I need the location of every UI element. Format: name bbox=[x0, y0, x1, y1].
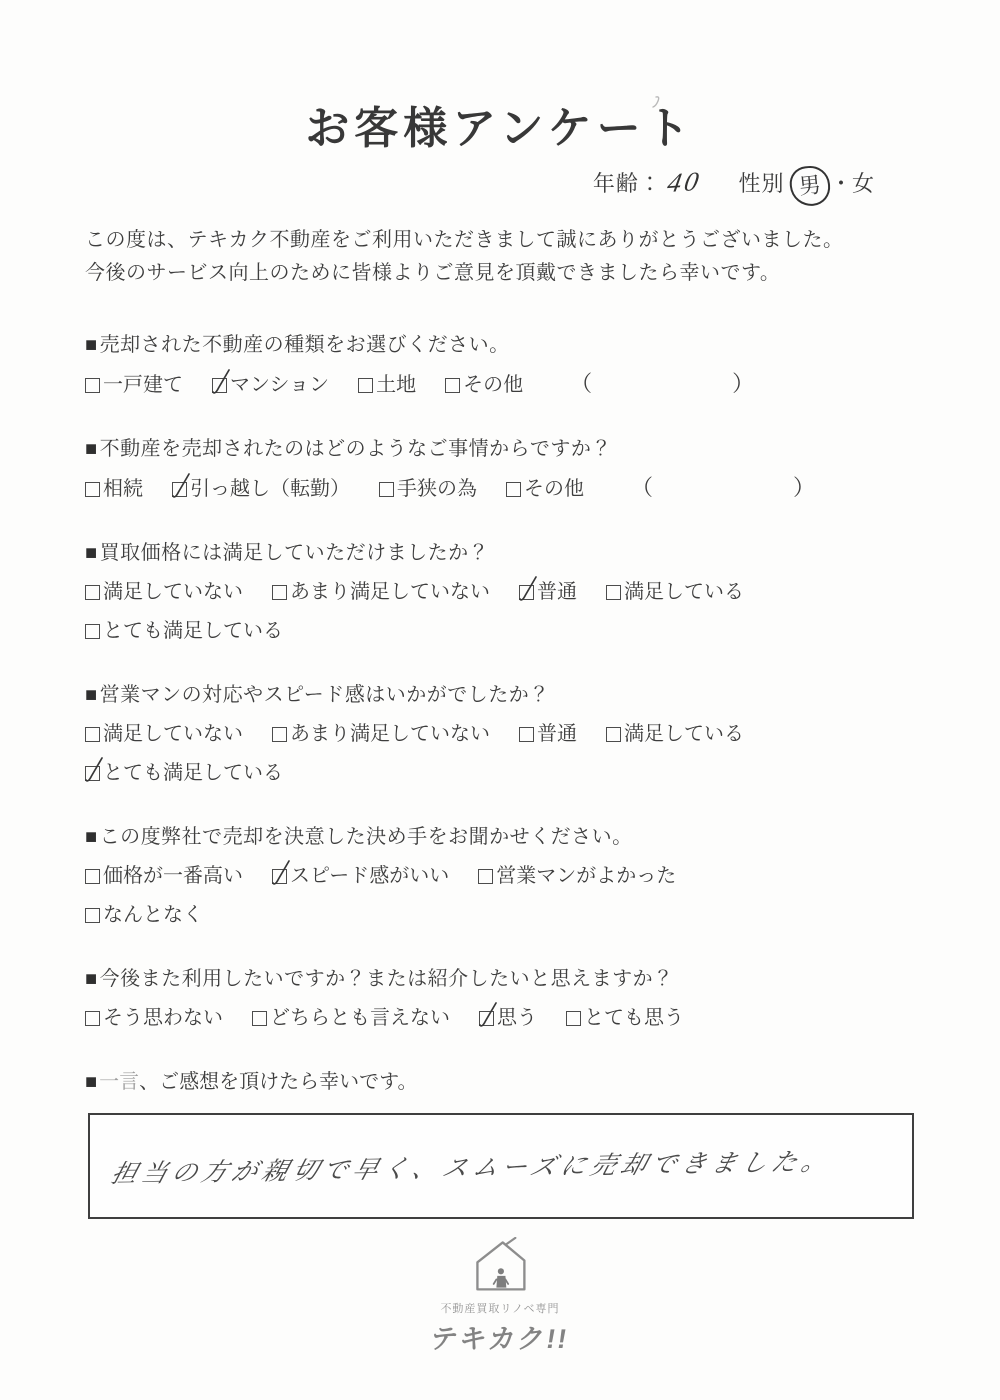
checkbox-unchecked bbox=[85, 727, 100, 742]
option-label: 満足している bbox=[624, 577, 744, 607]
checkbox-option[interactable]: 満足している bbox=[606, 719, 744, 749]
handwritten-comment: 担当の方が親切で早く、スムーズに売却できました。 bbox=[107, 1142, 837, 1191]
checkbox-unchecked bbox=[272, 727, 287, 742]
bullet-square-icon: ■ bbox=[85, 538, 98, 568]
options-row: 一戸建てマンション土地その他（） bbox=[85, 369, 930, 400]
checkbox-option[interactable]: 引っ越し（転勤） bbox=[172, 474, 350, 504]
page-title: お客様アンケート bbox=[305, 92, 694, 156]
checkbox-option[interactable]: その他 bbox=[506, 474, 584, 504]
question-heading-text: 売却された不動産の種類をお選びください。 bbox=[100, 330, 510, 360]
checkbox-option[interactable]: あまり満足していない bbox=[272, 719, 490, 749]
option-label: 価格が一番高い bbox=[103, 861, 243, 891]
options-row: とても満足している bbox=[85, 758, 930, 788]
question-block-1: ■売却された不動産の種類をお選びください。一戸建てマンション土地その他（） bbox=[85, 330, 930, 400]
comment-heading: ■ 一言、ご感想を頂けたら幸いです。 bbox=[85, 1067, 930, 1097]
question-heading-text: 不動産を売却されたのはどのようなご事情からですか？ bbox=[100, 434, 612, 464]
fill-in-blank[interactable]: （） bbox=[631, 473, 815, 503]
question-heading: ■この度弊社で売却を決意した決め手をお聞かせください。 bbox=[85, 822, 930, 852]
option-label: あまり満足していない bbox=[290, 577, 490, 607]
checkbox-option[interactable]: どちらとも言えない bbox=[252, 1003, 450, 1033]
checkbox-option[interactable]: 相続 bbox=[85, 474, 143, 504]
checkbox-option[interactable]: あまり満足していない bbox=[272, 577, 490, 607]
comment-section: ■ 一言、ご感想を頂けたら幸いです。 担当の方が親切で早く、スムーズに売却できま… bbox=[85, 1067, 930, 1219]
question-heading: ■今後また利用したいですか？または紹介したいと思えますか？ bbox=[85, 964, 930, 994]
gender-female-option[interactable]: 女 bbox=[852, 171, 874, 196]
option-label: 思う bbox=[497, 1003, 537, 1033]
checkbox-option[interactable]: 普通 bbox=[519, 577, 577, 607]
checkbox-checked bbox=[85, 766, 100, 781]
question-heading-text: この度弊社で売却を決意した決め手をお聞かせください。 bbox=[100, 822, 633, 852]
bullet-square-icon: ■ bbox=[85, 680, 98, 710]
checkbox-unchecked bbox=[252, 1011, 267, 1026]
options-row: とても満足している bbox=[85, 616, 930, 646]
checkbox-unchecked bbox=[606, 585, 621, 600]
comment-heading-text: 、ご感想を頂けたら幸いです。 bbox=[139, 1071, 417, 1093]
question-block-5: ■この度弊社で売却を決意した決め手をお聞かせください。価格が一番高いスピード感が… bbox=[85, 822, 930, 930]
options-row: 満足していないあまり満足していない普通満足している bbox=[85, 577, 930, 607]
question-heading-text: 買取価格には満足していただけましたか？ bbox=[100, 538, 490, 568]
question-heading: ■買取価格には満足していただけましたか？ bbox=[85, 538, 930, 568]
checkbox-unchecked bbox=[379, 482, 394, 497]
age-gender-row: 年齢：40 性別 男・女 bbox=[0, 164, 1000, 204]
fill-in-blank[interactable]: （） bbox=[570, 369, 754, 399]
bullet-square-icon: ■ bbox=[85, 822, 98, 852]
checkbox-option[interactable]: 満足している bbox=[606, 577, 744, 607]
checkbox-option[interactable]: 営業マンがよかった bbox=[478, 861, 676, 891]
checkbox-option[interactable]: とても思う bbox=[566, 1003, 684, 1033]
options-row: 価格が一番高いスピード感がいい営業マンがよかった bbox=[85, 861, 930, 891]
checkbox-unchecked bbox=[85, 378, 100, 393]
handwritten-check-icon bbox=[517, 574, 539, 604]
gender-separator: ・ bbox=[830, 171, 852, 196]
option-label: 普通 bbox=[537, 719, 577, 749]
checkbox-unchecked bbox=[85, 624, 100, 639]
option-label: とても思う bbox=[584, 1003, 684, 1033]
gender-label: 性別 bbox=[738, 171, 784, 196]
checkbox-option[interactable]: スピード感がいい bbox=[272, 861, 449, 891]
paren-open: （ bbox=[631, 473, 653, 503]
option-label: 土地 bbox=[376, 370, 416, 400]
checkbox-unchecked bbox=[445, 378, 460, 393]
intro-paragraph-2: 今後のサービス向上のために皆様よりご意見を頂戴できましたら幸いです。 bbox=[85, 257, 915, 290]
question-heading-text: 営業マンの対応やスピード感はいかがでしたか？ bbox=[100, 680, 550, 710]
checkbox-checked bbox=[479, 1011, 494, 1026]
comment-box[interactable]: 担当の方が親切で早く、スムーズに売却できました。 bbox=[88, 1113, 914, 1219]
checkbox-option[interactable]: 一戸建て bbox=[85, 370, 183, 400]
checkbox-option[interactable]: 普通 bbox=[519, 719, 577, 749]
checkbox-checked bbox=[212, 378, 227, 393]
checkbox-option[interactable]: そう思わない bbox=[85, 1003, 223, 1033]
checkbox-option[interactable]: 手狭の為 bbox=[379, 474, 477, 504]
company-logo: 不動産買取リノベ専門 テキカク!! bbox=[0, 1237, 1000, 1356]
options-row: そう思わないどちらとも言えない思うとても思う bbox=[85, 1003, 930, 1033]
logo-tagline: 不動産買取リノベ専門 bbox=[0, 1300, 1000, 1316]
checkbox-option[interactable]: 価格が一番高い bbox=[85, 861, 243, 891]
bullet-square-icon: ■ bbox=[85, 964, 98, 994]
intro-paragraph-1: この度は、テキカク不動産をご利用いただきまして誠にありがとうございました。 bbox=[85, 224, 915, 257]
question-heading: ■不動産を売却されたのはどのようなご事情からですか？ bbox=[85, 434, 930, 464]
paren-close: ） bbox=[793, 473, 815, 503]
checkbox-option[interactable]: 満足していない bbox=[85, 577, 243, 607]
option-label: その他 bbox=[524, 474, 584, 504]
checkbox-option[interactable]: 土地 bbox=[358, 370, 416, 400]
handwritten-check-icon bbox=[83, 755, 105, 785]
age-value-handwritten[interactable]: 40 bbox=[665, 166, 704, 199]
survey-page: お客様アンケート 年齢：40 性別 男・女 この度は、テキカク不動産をご利用いた… bbox=[0, 0, 1000, 1400]
option-label: とても満足している bbox=[103, 616, 283, 646]
checkbox-checked bbox=[519, 585, 534, 600]
bullet-square-icon: ■ bbox=[85, 1067, 97, 1097]
handwritten-check-icon bbox=[170, 471, 192, 501]
option-label: 普通 bbox=[537, 577, 577, 607]
handwritten-check-icon bbox=[270, 858, 292, 888]
option-label: そう思わない bbox=[103, 1003, 223, 1033]
checkbox-option[interactable]: その他 bbox=[445, 370, 523, 400]
age-label: 年齢： bbox=[593, 171, 662, 196]
options-row: 満足していないあまり満足していない普通満足している bbox=[85, 719, 930, 749]
question-block-6: ■今後また利用したいですか？または紹介したいと思えますか？そう思わないどちらとも… bbox=[85, 964, 930, 1033]
checkbox-unchecked bbox=[566, 1011, 581, 1026]
handwritten-check-icon bbox=[477, 1000, 499, 1030]
option-label: 引っ越し（転勤） bbox=[190, 474, 350, 504]
option-label: 満足している bbox=[624, 719, 744, 749]
checkbox-unchecked bbox=[519, 727, 534, 742]
option-label: スピード感がいい bbox=[290, 861, 449, 891]
option-label: あまり満足していない bbox=[290, 719, 490, 749]
question-heading: ■売却された不動産の種類をお選びください。 bbox=[85, 330, 930, 360]
question-block-4: ■営業マンの対応やスピード感はいかがでしたか？満足していないあまり満足していない… bbox=[85, 680, 930, 788]
option-label: とても満足している bbox=[103, 758, 283, 788]
checkbox-unchecked bbox=[358, 378, 373, 393]
question-block-3: ■買取価格には満足していただけましたか？満足していないあまり満足していない普通満… bbox=[85, 538, 930, 646]
checkbox-unchecked bbox=[85, 869, 100, 884]
checkbox-unchecked bbox=[85, 908, 100, 923]
comment-heading-faded: 一言 bbox=[99, 1071, 139, 1093]
logo-name: テキカク!! bbox=[428, 1317, 572, 1356]
option-label: 満足していない bbox=[103, 577, 243, 607]
paren-open: （ bbox=[570, 369, 592, 399]
checkbox-option[interactable]: とても満足している bbox=[85, 758, 283, 788]
option-label: 満足していない bbox=[103, 719, 243, 749]
option-label: 一戸建て bbox=[103, 370, 183, 400]
option-label: 手狭の為 bbox=[397, 474, 477, 504]
checkbox-checked bbox=[172, 482, 187, 497]
checkbox-unchecked bbox=[85, 585, 100, 600]
checkbox-unchecked bbox=[272, 585, 287, 600]
title-row: お客様アンケート bbox=[0, 92, 1000, 156]
checkbox-option[interactable]: 思う bbox=[479, 1003, 537, 1033]
checkbox-option[interactable]: マンション bbox=[212, 370, 329, 400]
question-heading-text: 今後また利用したいですか？または紹介したいと思えますか？ bbox=[100, 964, 674, 994]
checkbox-unchecked bbox=[478, 869, 493, 884]
questions: ■売却された不動産の種類をお選びください。一戸建てマンション土地その他（）■不動… bbox=[0, 330, 1000, 1033]
checkbox-option[interactable]: なんとなく bbox=[85, 900, 203, 930]
checkbox-unchecked bbox=[85, 1011, 100, 1026]
house-logo-icon bbox=[450, 1237, 550, 1293]
paren-close: ） bbox=[732, 369, 754, 399]
checkbox-option[interactable]: 満足していない bbox=[85, 719, 243, 749]
options-row: なんとなく bbox=[85, 900, 930, 930]
gender-male-label: 男 bbox=[798, 172, 823, 199]
option-label: 相続 bbox=[103, 474, 143, 504]
gender-male-option-circled[interactable]: 男 bbox=[788, 164, 832, 208]
option-label: 営業マンがよかった bbox=[496, 861, 676, 891]
checkbox-checked bbox=[272, 869, 287, 884]
bullet-square-icon: ■ bbox=[85, 330, 98, 360]
checkbox-unchecked bbox=[606, 727, 621, 742]
checkbox-unchecked bbox=[85, 482, 100, 497]
option-label: その他 bbox=[463, 370, 523, 400]
bullet-square-icon: ■ bbox=[85, 434, 98, 464]
option-label: どちらとも言えない bbox=[270, 1003, 450, 1033]
option-label: なんとなく bbox=[103, 900, 203, 930]
question-heading: ■営業マンの対応やスピード感はいかがでしたか？ bbox=[85, 680, 930, 710]
option-label: マンション bbox=[230, 370, 329, 400]
stray-pen-mark-icon bbox=[646, 94, 664, 120]
checkbox-unchecked bbox=[506, 482, 521, 497]
question-block-2: ■不動産を売却されたのはどのようなご事情からですか？相続引っ越し（転勤）手狭の為… bbox=[85, 434, 930, 504]
checkbox-option[interactable]: とても満足している bbox=[85, 616, 283, 646]
handwritten-check-icon bbox=[210, 367, 232, 397]
options-row: 相続引っ越し（転勤）手狭の為その他（） bbox=[85, 473, 930, 504]
